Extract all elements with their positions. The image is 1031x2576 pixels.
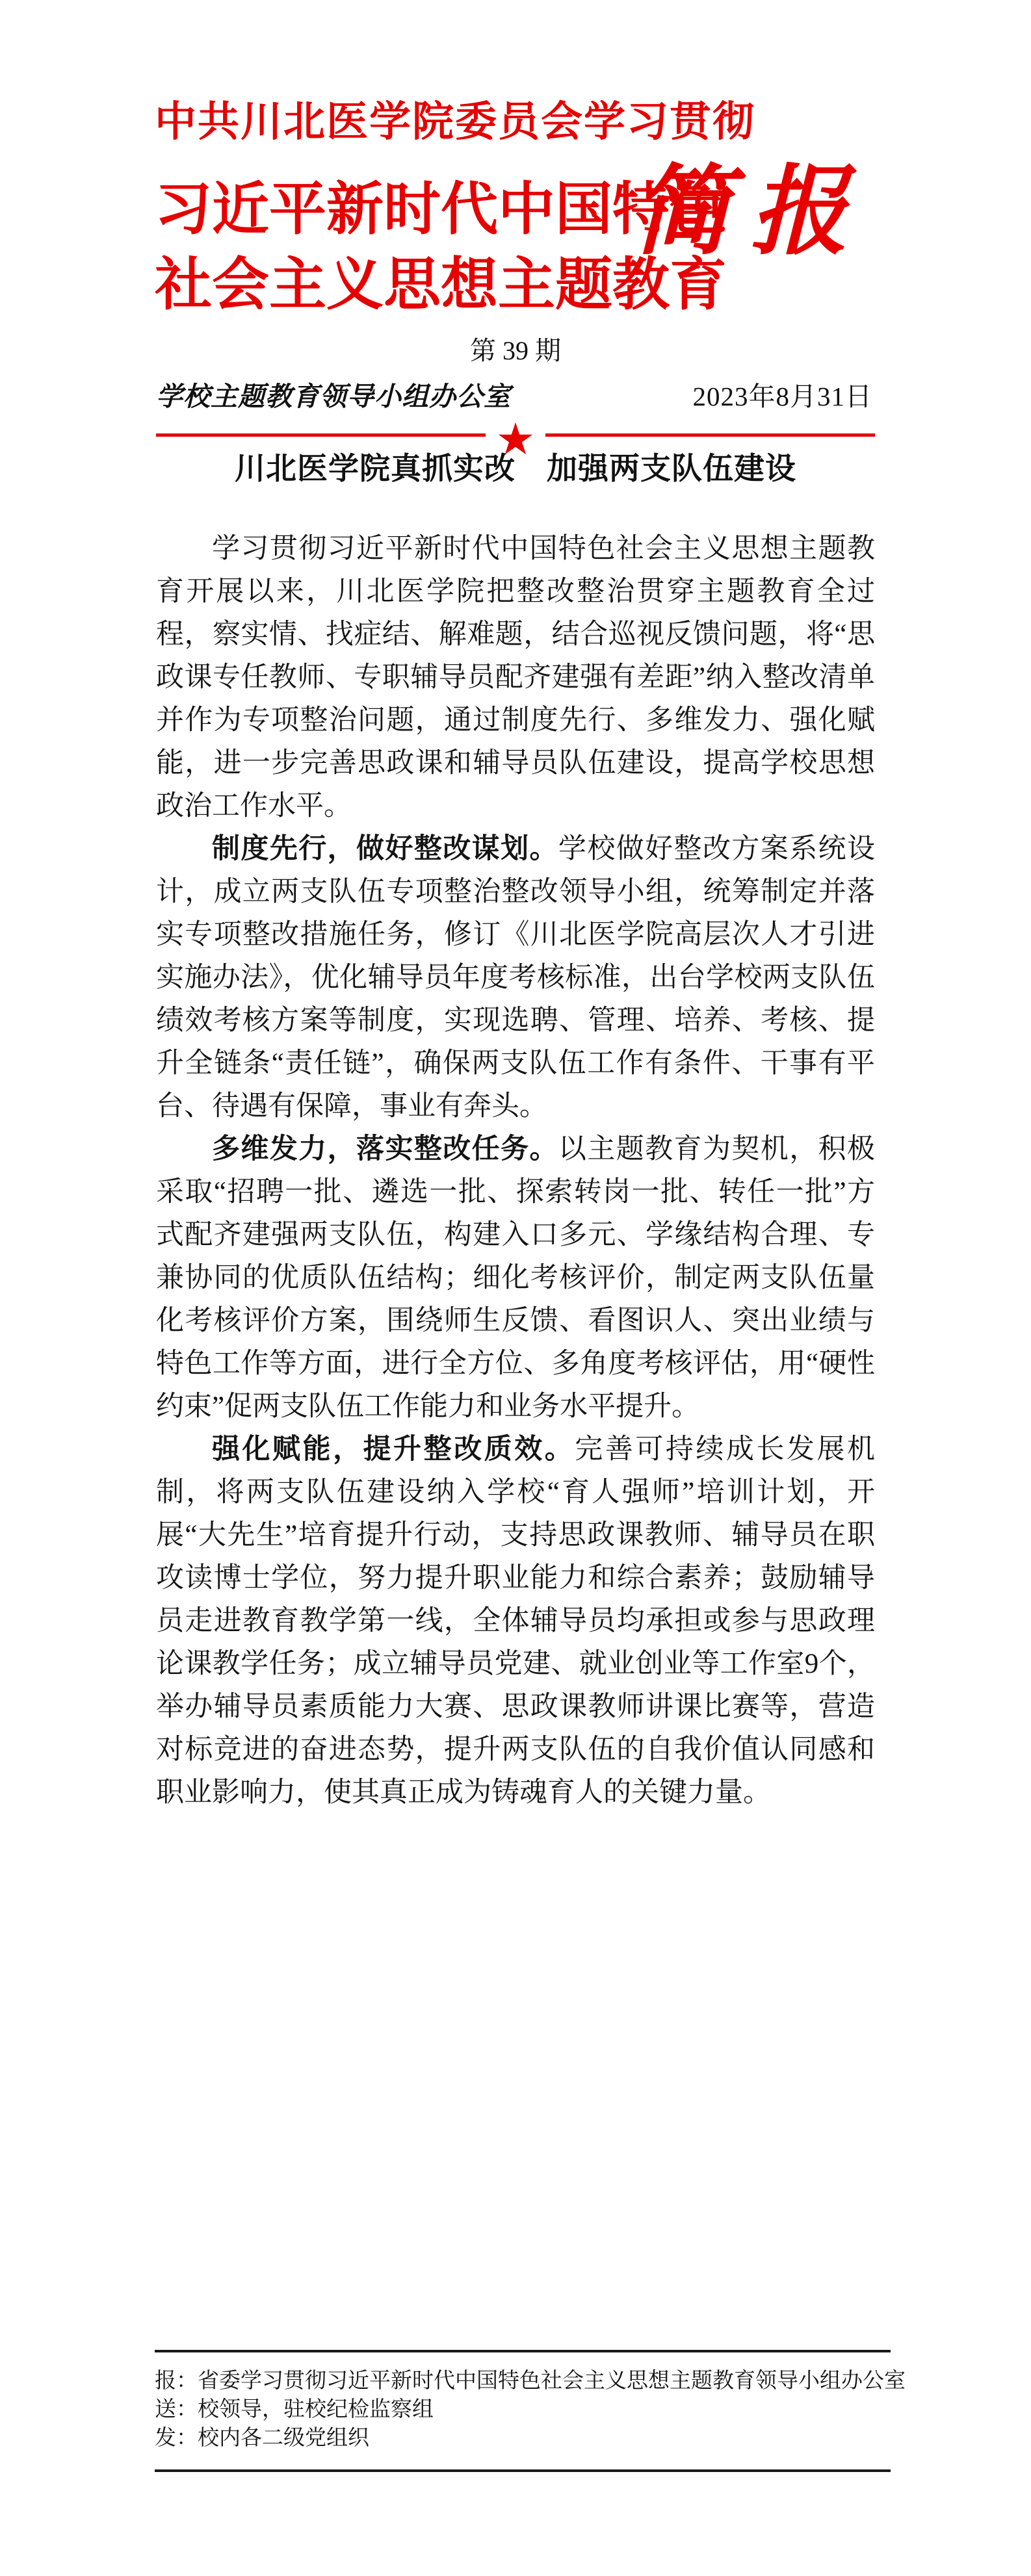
body-paragraph-3: 多维发力，落实整改任务。以主题教育为契机，积极采取“招聘一批、遴选一批、探索转岗… bbox=[156, 1128, 875, 1428]
issue-date: 2023年8月31日 bbox=[693, 382, 873, 411]
divider-rule-left bbox=[156, 433, 486, 437]
paragraph-2-lead: 制度先行，做好整改谋划。 bbox=[212, 834, 558, 864]
article-title: 川北医学院真抓实改 加强两支队伍建设 bbox=[0, 451, 1031, 487]
masthead-line-1: 中共川北医学院委员会学习贯彻 bbox=[155, 101, 755, 143]
footer-issue-line: 发：校内各二级党组织 bbox=[155, 2424, 891, 2453]
footer-send-line: 送：校领导，驻校纪检监察组 bbox=[155, 2395, 891, 2424]
paragraph-4-lead: 强化赋能，提升整改质效。 bbox=[212, 1434, 575, 1465]
info-row: 学校主题教育领导小组办公室 2023年8月31日 bbox=[156, 382, 872, 411]
footer-report-line: 报：省委学习贯彻习近平新时代中国特色社会主义思想主题教育领导小组办公室 bbox=[155, 2367, 891, 2395]
bulletin-page: 中共川北医学院委员会学习贯彻 习近平新时代中国特色 社会主义思想主题教育 简报 … bbox=[0, 0, 1031, 2576]
divider-rule-right bbox=[545, 433, 875, 437]
bulletin-brand-title: 简报 bbox=[633, 164, 867, 261]
body-paragraph-1: 学习贯彻习近平新时代中国特色社会主义思想主题教育开展以来，川北医学院把整改整治贯… bbox=[156, 528, 875, 828]
body-paragraph-4: 强化赋能，提升整改质效。完善可持续成长发展机制，将两支队伍建设纳入学校“育人强师… bbox=[156, 1428, 875, 1814]
issue-number: 第 39 期 bbox=[0, 338, 1031, 364]
issuing-office: 学校主题教育领导小组办公室 bbox=[156, 382, 511, 411]
distribution-footer: 报：省委学习贯彻习近平新时代中国特色社会主义思想主题教育领导小组办公室 送：校领… bbox=[155, 2350, 891, 2472]
paragraph-3-text: 以主题教育为契机，积极采取“招聘一批、遴选一批、探索转岗一批、转任一批”方式配齐… bbox=[156, 1134, 875, 1422]
paragraph-1-text: 学习贯彻习近平新时代中国特色社会主义思想主题教育开展以来，川北医学院把整改整治贯… bbox=[156, 534, 875, 821]
paragraph-2-text: 学校做好整改方案系统设计，成立两支队伍专项整治整改领导小组，统筹制定并落实专项整… bbox=[156, 834, 875, 1122]
paragraph-3-lead: 多维发力，落实整改任务。 bbox=[212, 1134, 558, 1165]
paragraph-4-text: 完善可持续成长发展机制，将两支队伍建设纳入学校“育人强师”培训计划，开展“大先生… bbox=[156, 1434, 875, 1808]
article-body: 学习贯彻习近平新时代中国特色社会主义思想主题教育开展以来，川北医学院把整改整治贯… bbox=[156, 528, 875, 1814]
body-paragraph-2: 制度先行，做好整改谋划。学校做好整改方案系统设计，成立两支队伍专项整治整改领导小… bbox=[156, 828, 875, 1128]
